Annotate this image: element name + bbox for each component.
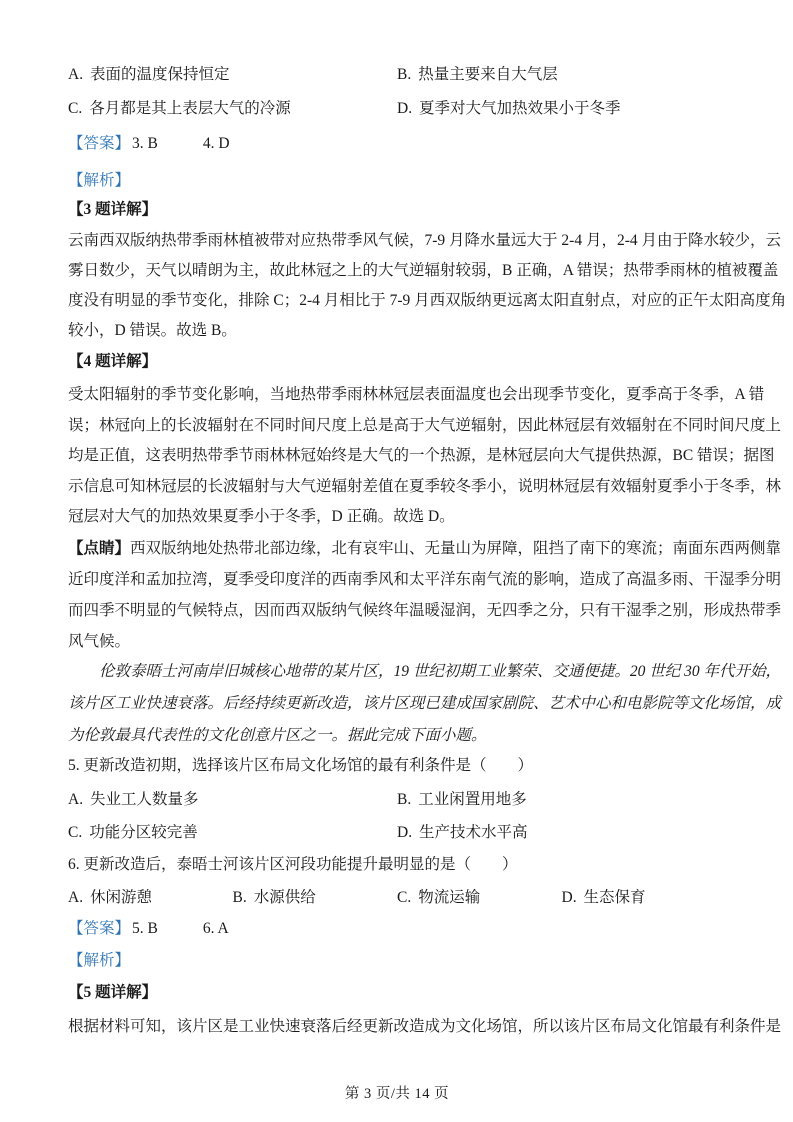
option-key: D. (397, 824, 412, 841)
text-line: 度没有明显的季节变化，排除 C；2-4 月相比于 7-9 月西双版纳更远离太阳直… (68, 286, 726, 316)
text-line: 近印度洋和孟加拉湾，夏季受印度洋的西南季风和太平洋东南气流的影响，造成了高温多雨… (68, 564, 726, 595)
dianjing-text: 西双版纳地处热带北部边缘，北有哀牢山、无量山为屏障，阻挡了南下的寒流；南面东西两… (130, 540, 781, 557)
option-key: C. (397, 889, 411, 906)
text-line: 较小，D 错误。故选 B。 (68, 316, 726, 346)
answer-label: 【答案】 (68, 135, 130, 152)
page-content: A.表面的温度保持恒定 B.热量主要来自大气层 C.各月都是其上表层大气的冷源 … (68, 0, 726, 1122)
answer-value: 3. B (132, 135, 158, 152)
q56-analysis-label: 【解析】 (68, 948, 726, 970)
option-key: B. (397, 66, 411, 83)
analysis-label: 【解析】 (68, 952, 130, 969)
detail4-paragraph: 受太阳辐射的季节变化影响，当地热带季雨林林冠层表面温度也会出现季节变化，夏季高于… (68, 380, 726, 533)
text-line: 该片区工业快速衰落。后经持续更新改造，该片区现已建成国家剧院、艺术中心和电影院等… (68, 688, 726, 720)
text-line: 冠层对大气的加热效果夏季小于冬季，D 正确。故选 D。 (68, 502, 726, 533)
q34-answer-line: 【答案】3. B4. D (68, 131, 726, 153)
answer-value: 5. B (132, 920, 158, 937)
option-d: D.生产技术水平高 (397, 820, 726, 842)
option-text: 失业工人数量多 (90, 791, 199, 808)
q56-answer-line: 【答案】5. B6. A (68, 916, 726, 938)
text-line: 【点睛】西双版纳地处热带北部边缘，北有哀牢山、无量山为屏障，阻挡了南下的寒流；南… (68, 533, 726, 564)
option-key: A. (68, 66, 83, 83)
option-d: D.生态保育 (562, 885, 727, 907)
option-d: D.夏季对大气加热效果小于冬季 (397, 96, 726, 118)
material-paragraph: 伦敦泰晤士河南岸旧城核心地带的某片区，19 世纪初期工业繁荣、交通便捷。20 世… (68, 656, 726, 752)
detail5-heading: 【5 题详解】 (68, 980, 726, 1002)
option-text: 夏季对大气加热效果小于冬季 (419, 100, 621, 117)
option-b: B.水源供给 (233, 885, 398, 907)
page-footer: 第 3 页/共 14 页 (68, 1082, 726, 1103)
q34-options-row-cd: C.各月都是其上表层大气的冷源 D.夏季对大气加热效果小于冬季 (68, 96, 726, 118)
option-b: B.热量主要来自大气层 (397, 62, 726, 84)
option-key: B. (397, 791, 411, 808)
analysis-label: 【解析】 (68, 172, 130, 189)
option-text: 生产技术水平高 (419, 824, 528, 841)
text-line: 伦敦泰晤士河南岸旧城核心地带的某片区，19 世纪初期工业繁荣、交通便捷。20 世… (68, 656, 726, 688)
option-c: C.功能分区较完善 (68, 820, 397, 842)
text-line: 误；林冠向上的长波辐射在不同时间尺度上总是高于大气逆辐射，因此林冠层有效辐射在不… (68, 411, 726, 442)
text-line: 示信息可知林冠层的长波辐射与大气逆辐射差值在夏季较冬季小，说明林冠层有效辐射夏季… (68, 472, 726, 503)
text-line: 雾日数少，天气以晴朗为主，故此林冠之上的大气逆辐射较弱，B 正确，A 错误；热带… (68, 256, 726, 286)
option-text: 热量主要来自大气层 (418, 66, 558, 83)
detail4-heading: 【4 题详解】 (68, 349, 726, 371)
dianjing-label: 【点睛】 (68, 540, 130, 557)
q34-options-row-ab: A.表面的温度保持恒定 B.热量主要来自大气层 (68, 62, 726, 84)
q34-analysis-label: 【解析】 (68, 168, 726, 190)
document-page: A.表面的温度保持恒定 B.热量主要来自大气层 C.各月都是其上表层大气的冷源 … (0, 0, 793, 1122)
option-text: 各月都是其上表层大气的冷源 (89, 100, 291, 117)
option-key: D. (562, 889, 577, 906)
q6-options-row: A.休闲游憩 B.水源供给 C.物流运输 D.生态保育 (68, 885, 726, 907)
option-c: C.物流运输 (397, 885, 562, 907)
q5-options-row-ab: A.失业工人数量多 B.工业闲置用地多 (68, 787, 726, 809)
detail3-heading: 【3 题详解】 (68, 197, 726, 219)
option-text: 功能分区较完善 (89, 824, 198, 841)
option-text: 工业闲置用地多 (418, 791, 527, 808)
text-line: 云南西双版纳热带季雨林植被带对应热带季风气候，7-9 月降水量远大于 2-4 月… (68, 226, 726, 256)
option-key: A. (68, 791, 83, 808)
text-line: 风气候。 (68, 626, 726, 657)
text-line: 而四季不明显的气候特点，因而西双版纳气候终年温暖湿润，无四季之分，只有干湿季之别… (68, 595, 726, 626)
question6-stem: 6. 更新改造后，泰晤士河该片区河段功能提升最明显的是（ ） (68, 852, 726, 874)
detail5-paragraph: 根据材料可知，该片区是工业快速衰落后经更新改造成为文化场馆，所以该片区布局文化馆… (68, 1012, 726, 1042)
option-key: C. (68, 824, 82, 841)
text-line: 为伦敦最具代表性的文化创意片区之一。据此完成下面小题。 (68, 720, 726, 752)
text-line: 根据材料可知，该片区是工业快速衰落后经更新改造成为文化场馆，所以该片区布局文化馆… (68, 1012, 726, 1042)
option-text: 休闲游憩 (90, 889, 152, 906)
option-c: C.各月都是其上表层大气的冷源 (68, 96, 397, 118)
option-key: B. (233, 889, 247, 906)
option-text: 生态保育 (584, 889, 646, 906)
q5-options-row-cd: C.功能分区较完善 D.生产技术水平高 (68, 820, 726, 842)
option-a: A.休闲游憩 (68, 885, 233, 907)
option-key: C. (68, 100, 82, 117)
option-key: D. (397, 100, 412, 117)
question5-stem: 5. 更新改造初期，选择该片区布局文化场馆的最有利条件是（ ） (68, 753, 726, 775)
text-line: 均是正值，这表明热带季节雨林林冠始终是大气的一个热源，是林冠层向大气提供热源，B… (68, 441, 726, 472)
answer-label: 【答案】 (68, 920, 130, 937)
option-key: A. (68, 889, 83, 906)
answer-value: 4. D (203, 135, 230, 152)
option-a: A.表面的温度保持恒定 (68, 62, 397, 84)
option-text: 水源供给 (254, 889, 316, 906)
option-text: 物流运输 (418, 889, 480, 906)
option-a: A.失业工人数量多 (68, 787, 397, 809)
option-text: 表面的温度保持恒定 (90, 66, 230, 83)
option-b: B.工业闲置用地多 (397, 787, 726, 809)
text-line: 受太阳辐射的季节变化影响，当地热带季雨林林冠层表面温度也会出现季节变化，夏季高于… (68, 380, 726, 411)
dianjing-paragraph: 【点睛】西双版纳地处热带北部边缘，北有哀牢山、无量山为屏障，阻挡了南下的寒流；南… (68, 533, 726, 657)
detail3-paragraph: 云南西双版纳热带季雨林植被带对应热带季风气候，7-9 月降水量远大于 2-4 月… (68, 226, 726, 346)
answer-value: 6. A (203, 920, 229, 937)
